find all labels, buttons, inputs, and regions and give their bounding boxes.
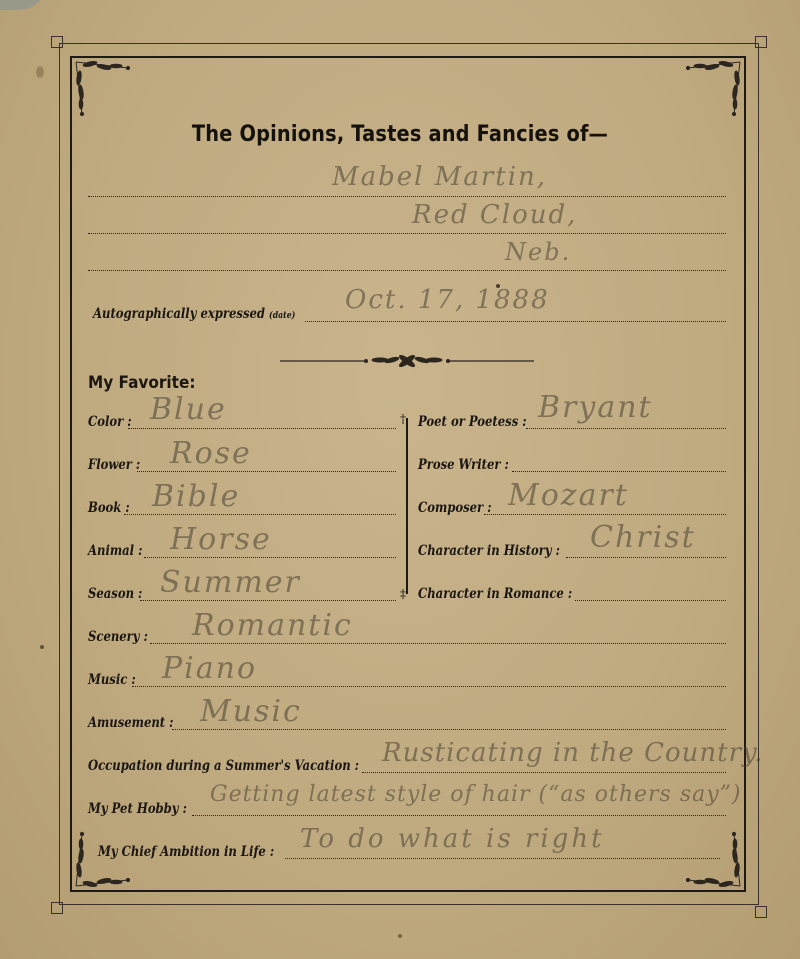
field-value-composer: Mozart — [508, 478, 629, 513]
field-line-amusement — [172, 729, 726, 730]
field-line-book — [124, 514, 396, 515]
field-label-animal: Animal : — [88, 543, 142, 559]
field-value-flower: Rose — [170, 436, 252, 471]
handwritten-state: Neb. — [505, 238, 571, 266]
corner-box-bottom-right — [755, 906, 767, 918]
field-value-character-in-history: Christ — [590, 520, 696, 555]
field-line-prose-writer — [512, 471, 726, 472]
field-label-composer: Composer : — [418, 500, 492, 516]
field-value-animal: Horse — [170, 522, 272, 557]
field-value-summer-occupation: Rusticating in the Country. — [382, 738, 764, 768]
handwritten-date: Oct. 17, 1888 — [345, 285, 550, 315]
field-label-summer-occupation: Occupation during a Summer's Vacation : — [88, 758, 359, 774]
corner-box-top-left — [51, 36, 63, 48]
field-label-character-in-history: Character in History : — [418, 543, 560, 559]
field-value-color: Blue — [150, 392, 227, 427]
paper-stain — [36, 66, 44, 78]
field-label-music: Music : — [88, 672, 136, 688]
field-label-flower: Flower : — [88, 457, 140, 473]
field-line-music — [132, 686, 726, 687]
fleuron-bottom-icon: ‡ — [400, 588, 406, 600]
field-line-summer-occupation — [362, 772, 726, 773]
field-line-color — [128, 428, 396, 429]
field-line-character-in-romance — [575, 600, 726, 601]
leaf-ornament-icon — [684, 830, 744, 890]
leaf-ornament-icon — [72, 58, 132, 118]
field-line-animal — [144, 557, 396, 558]
field-value-music: Piano — [162, 651, 257, 686]
date-line — [305, 321, 726, 322]
date-label: Autographically expressed (date) — [93, 306, 295, 322]
corner-box-top-right — [755, 36, 767, 48]
fleuron-top-icon: † — [400, 413, 406, 425]
field-label-prose-writer: Prose Writer : — [418, 457, 509, 473]
field-label-pet-hobby: My Pet Hobby : — [88, 801, 187, 817]
field-label-color: Color : — [88, 414, 132, 430]
section-heading: My Favorite: — [88, 373, 195, 393]
field-line-composer — [484, 514, 726, 515]
field-value-poet: Bryant — [538, 390, 653, 425]
paper-stain — [398, 934, 402, 938]
field-line-flower — [137, 471, 396, 472]
city-line — [88, 233, 726, 234]
field-line-poet — [526, 428, 726, 429]
field-line-pet-hobby — [192, 815, 726, 816]
column-divider — [406, 418, 408, 594]
field-value-season: Summer — [160, 565, 301, 600]
field-label-season: Season : — [88, 586, 142, 602]
field-value-pet-hobby: Getting latest style of hair (“as others… — [210, 782, 741, 807]
field-label-scenery: Scenery : — [88, 629, 148, 645]
field-label-amusement: Amusement : — [88, 715, 173, 731]
handwritten-name: Mabel Martin, — [332, 162, 547, 192]
field-value-amusement: Music — [200, 694, 302, 729]
paper-stain — [40, 645, 44, 649]
field-line-character-in-history — [566, 557, 726, 558]
name-line — [88, 196, 726, 197]
date-sublabel: (date) — [269, 311, 295, 321]
field-value-scenery: Romantic — [192, 608, 353, 643]
field-value-chief-ambition: To do what is right — [300, 824, 605, 854]
field-line-season — [140, 600, 396, 601]
field-label-poet: Poet or Poetess : — [418, 414, 527, 430]
state-line — [88, 270, 726, 271]
field-line-scenery — [150, 643, 726, 644]
corner-box-bottom-left — [51, 902, 63, 914]
paper-edge-tint — [0, 0, 40, 10]
field-value-book: Bible — [152, 479, 240, 514]
field-line-chief-ambition — [285, 858, 720, 859]
page-title: The Opinions, Tastes and Fancies of— — [48, 122, 752, 147]
divider-ornament-icon — [280, 355, 534, 367]
leaf-ornament-icon — [684, 58, 744, 118]
leaf-ornament-icon — [72, 830, 132, 890]
handwritten-city: Red Cloud, — [412, 200, 577, 230]
field-label-character-in-romance: Character in Romance : — [418, 586, 572, 602]
field-label-chief-ambition: My Chief Ambition in Life : — [98, 844, 274, 860]
